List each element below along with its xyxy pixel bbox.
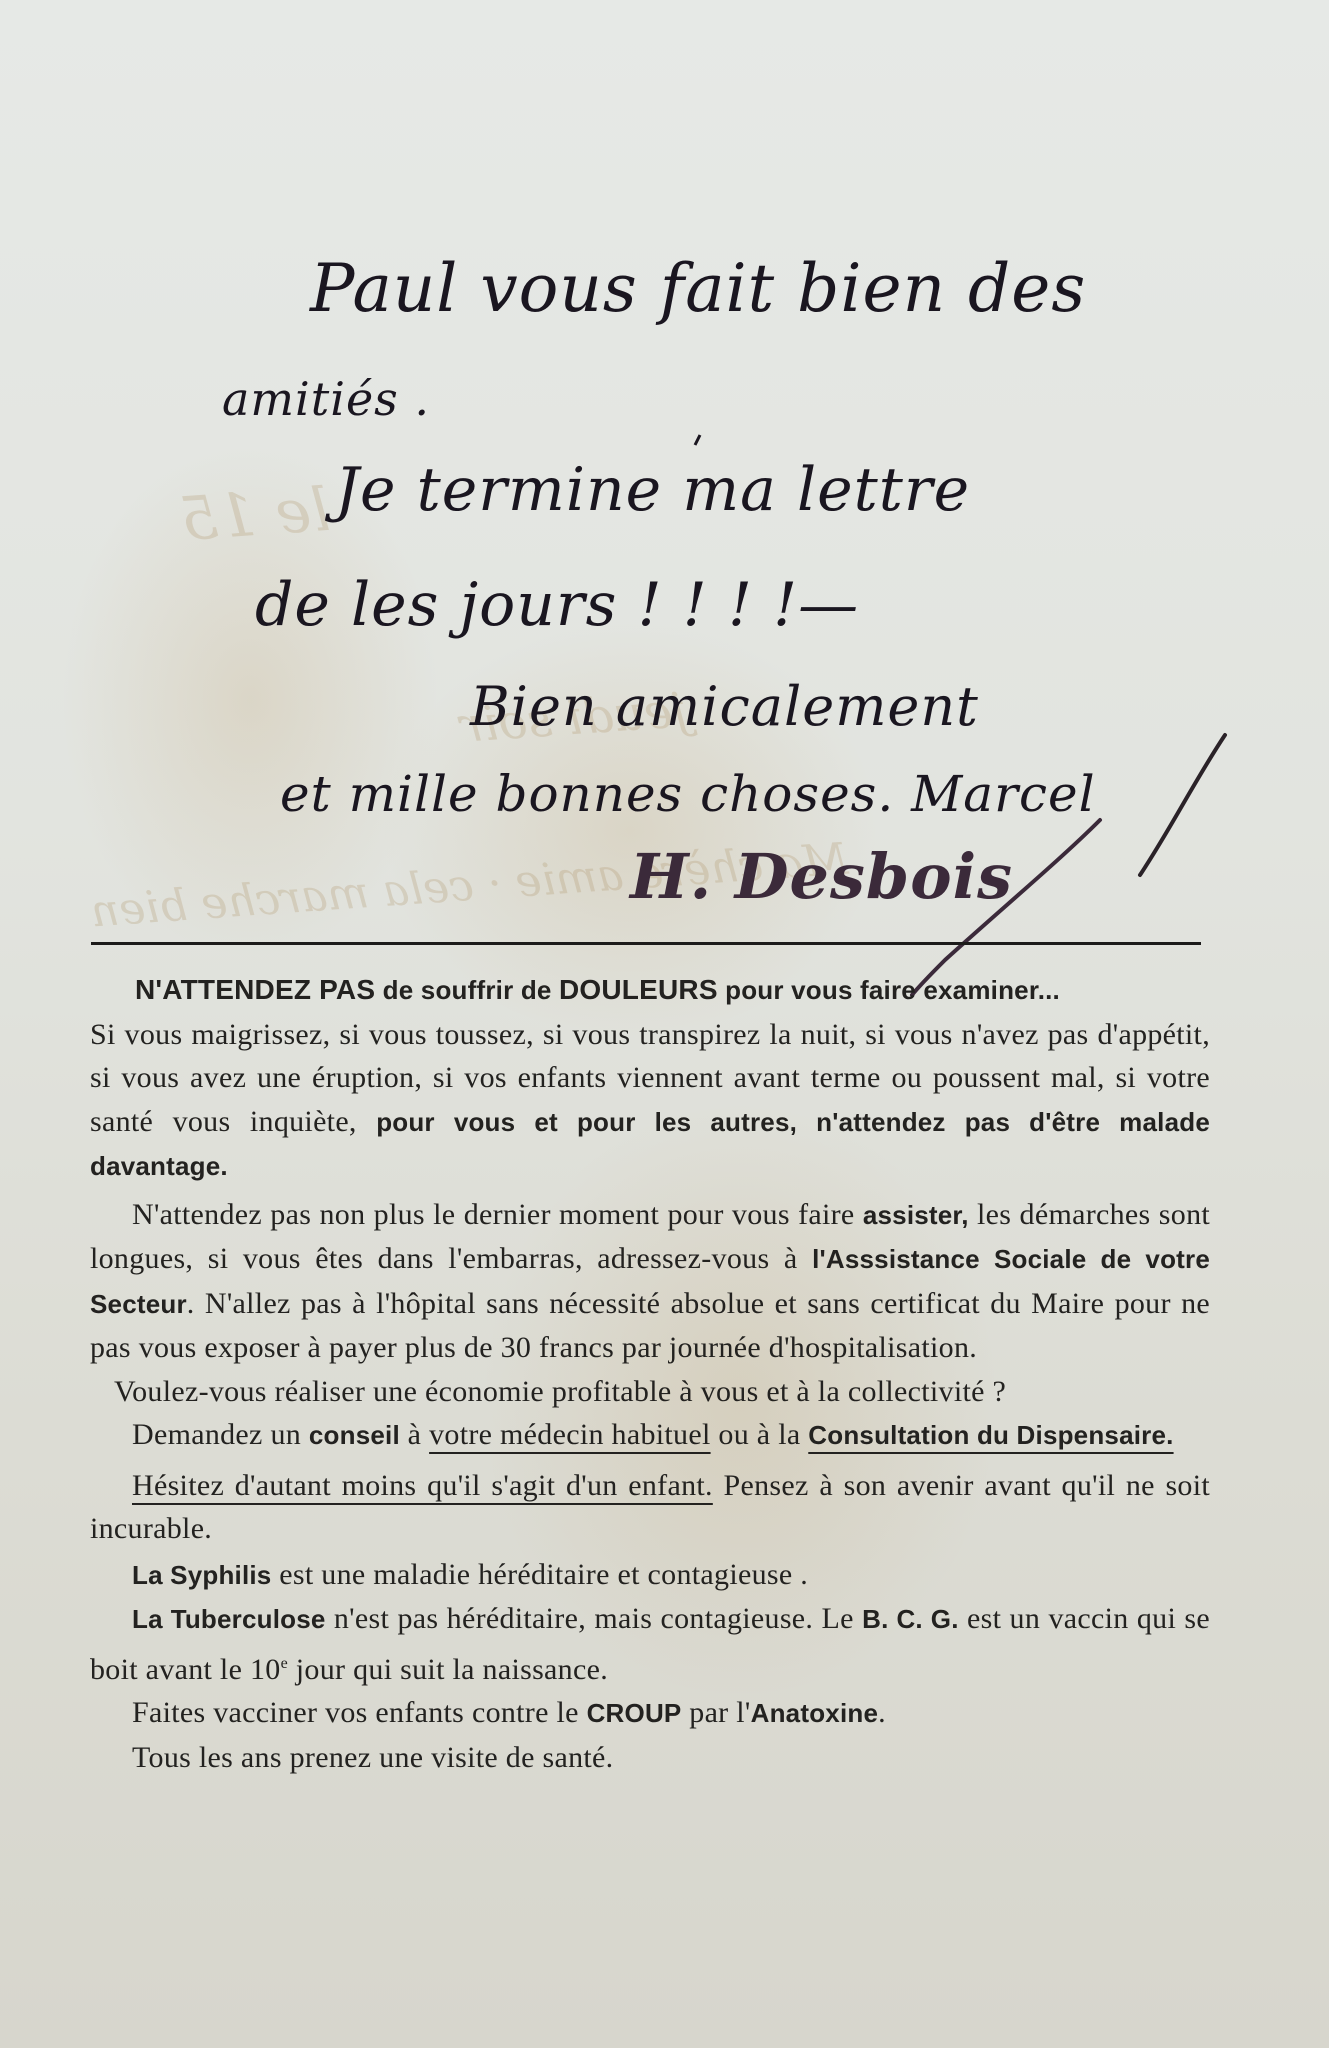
handwritten-line: Paul vous fait bien des	[310, 250, 1086, 327]
paragraph-economy: Voulez-vous réaliser une économie profit…	[90, 1370, 1210, 1414]
handwritten-line: Je termine ma lettre	[335, 455, 970, 525]
handwritten-line: Bien amicalement	[470, 675, 979, 738]
paragraph-assistance: N'attendez pas non plus le dernier momen…	[90, 1193, 1210, 1370]
leaflet-body: N'ATTENDEZ PAS de souffrir de DOULEURS p…	[90, 968, 1210, 1779]
paragraph-croup: Faites vacciner vos enfants contre le CR…	[90, 1691, 1210, 1736]
handwritten-line: de les jours ! ! ! !—	[255, 570, 859, 640]
bleed-through-ink: le 15	[178, 475, 333, 555]
signature: H. Desbois	[630, 840, 1013, 913]
headline-text: de souffrir de	[375, 975, 559, 1005]
paragraph-checkup: Tous les ans prenez une visite de santé.	[90, 1736, 1210, 1780]
section-divider	[91, 942, 1201, 945]
handwritten-line: et mille bonnes choses. Marcel	[280, 765, 1096, 823]
headline-bold: DOULEURS	[559, 974, 718, 1005]
paragraph-child: Hésitez d'autant moins qu'il s'agit d'un…	[90, 1464, 1210, 1551]
paragraph-syphilis: La Syphilis est une maladie héréditaire …	[90, 1553, 1210, 1598]
paragraph-advice: Demandez un conseil à votre médecin habi…	[90, 1413, 1210, 1458]
headline-bold: N'ATTENDEZ PAS	[135, 974, 375, 1005]
headline-text: pour vous faire examiner...	[718, 975, 1060, 1005]
paragraph-tuberculosis: La Tuberculose n'est pas héréditaire, ma…	[90, 1597, 1210, 1691]
leaflet-headline: N'ATTENDEZ PAS de souffrir de DOULEURS p…	[90, 968, 1210, 1013]
paragraph-symptoms: Si vous maigrissez, si vous toussez, si …	[90, 1013, 1210, 1189]
handwritten-line: amitiés .	[222, 372, 430, 426]
